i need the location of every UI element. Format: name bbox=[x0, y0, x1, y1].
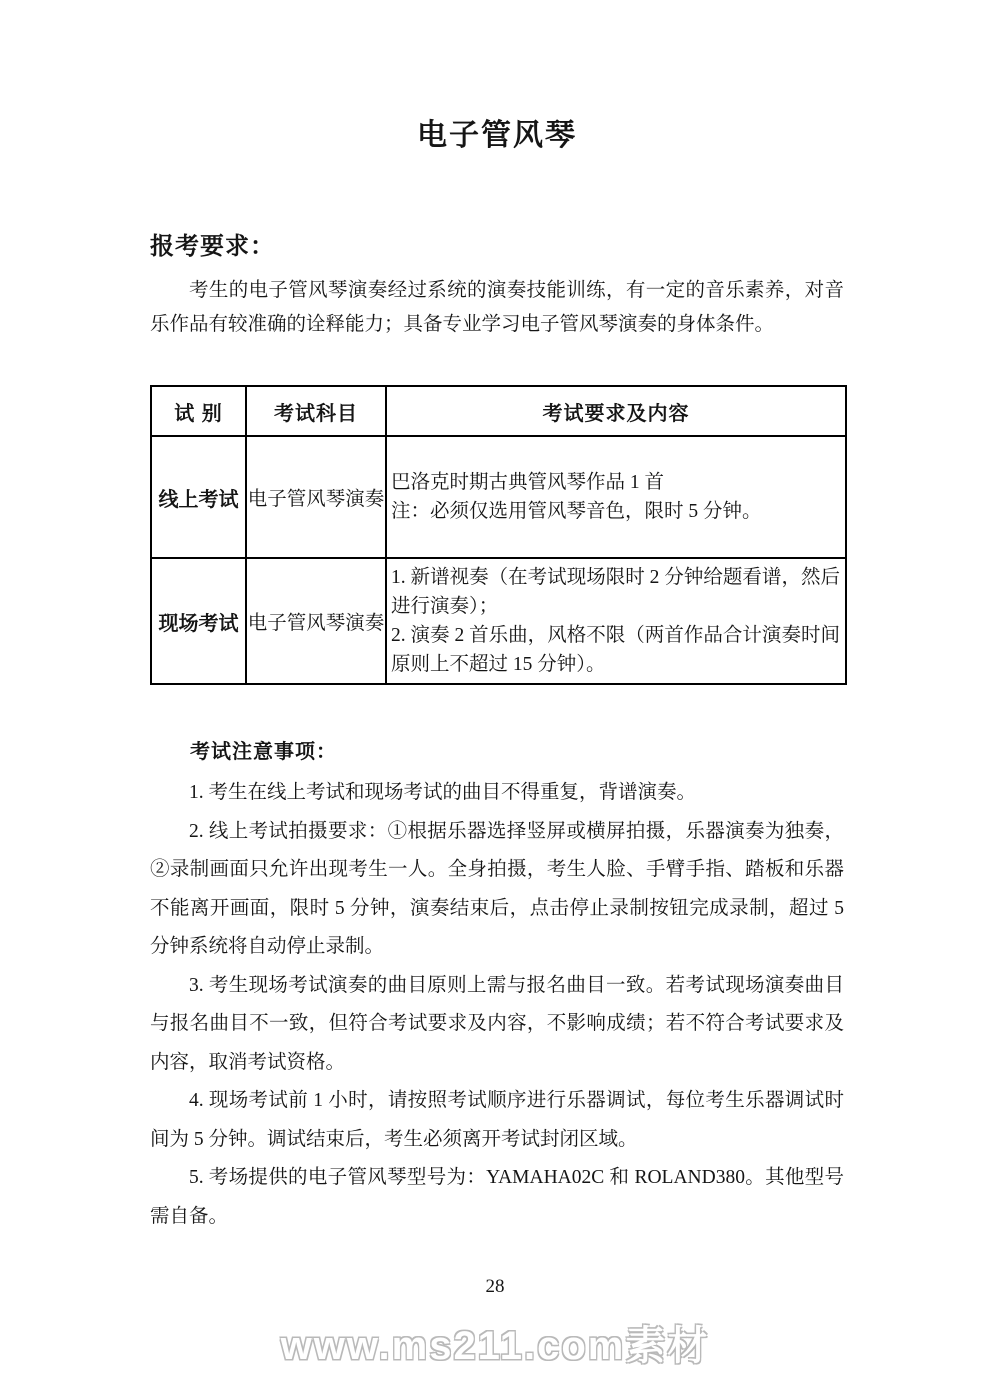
requirements-paragraph: 考生的电子管风琴演奏经过系统的演奏技能训练，有一定的音乐素养，对音乐作品有较准确… bbox=[150, 274, 844, 342]
exam-requirements-cell: 1. 新谱视奏（在考试现场限时 2 分钟给题看谱，然后进行演奏）； 2. 演奏 … bbox=[386, 558, 846, 684]
note-item-4: 4. 现场考试前 1 小时，请按照考试顺序进行乐器调试，每位考生乐器调试时间为 … bbox=[150, 1082, 844, 1159]
page-number: 28 bbox=[0, 1276, 990, 1298]
table-row-online-exam: 线上考试 电子管风琴演奏 巴洛克时期古典管风琴作品 1 首 注：必须仅选用管风琴… bbox=[151, 436, 846, 558]
page-title: 电子管风琴 bbox=[150, 0, 844, 154]
exam-subject-cell: 电子管风琴演奏 bbox=[246, 558, 386, 684]
document-page: 电子管风琴 报考要求： 考生的电子管风琴演奏经过系统的演奏技能训练，有一定的音乐… bbox=[0, 0, 990, 1399]
watermark-text: www.ms211.com素材 bbox=[0, 1314, 990, 1371]
requirement-line: 巴洛克时期古典管风琴作品 1 首 bbox=[391, 468, 840, 497]
exam-table: 试 别 考试科目 考试要求及内容 线上考试 电子管风琴演奏 巴洛克时期古典管风琴… bbox=[150, 385, 847, 685]
exam-table-header-row: 试 别 考试科目 考试要求及内容 bbox=[151, 386, 846, 436]
exam-table-header-subject: 考试科目 bbox=[246, 386, 386, 436]
exam-type-cell: 现场考试 bbox=[151, 558, 246, 684]
note-item-2: 2. 线上考试拍摄要求：①根据乐器选择竖屏或横屏拍摄，乐器演奏为独奏，②录制画面… bbox=[150, 813, 844, 967]
exam-table-header-requirements: 考试要求及内容 bbox=[386, 386, 846, 436]
requirement-line: 1. 新谱视奏（在考试现场限时 2 分钟给题看谱，然后进行演奏）； bbox=[391, 563, 840, 621]
requirement-line: 2. 演奏 2 首乐曲，风格不限（两首作品合计演奏时间原则上不超过 15 分钟）… bbox=[391, 621, 840, 679]
exam-notes-section: 考试注意事项： 1. 考生在线上考试和现场考试的曲目不得重复，背谱演奏。 2. … bbox=[150, 735, 844, 1236]
note-item-1: 1. 考生在线上考试和现场考试的曲目不得重复，背谱演奏。 bbox=[150, 774, 844, 813]
table-row-onsite-exam: 现场考试 电子管风琴演奏 1. 新谱视奏（在考试现场限时 2 分钟给题看谱，然后… bbox=[151, 558, 846, 684]
exam-subject-cell: 电子管风琴演奏 bbox=[246, 436, 386, 558]
notes-list: 1. 考生在线上考试和现场考试的曲目不得重复，背谱演奏。 2. 线上考试拍摄要求… bbox=[150, 774, 844, 1236]
note-item-5: 5. 考场提供的电子管风琴型号为：YAMAHA02C 和 ROLAND380。其… bbox=[150, 1159, 844, 1236]
requirement-line: 注：必须仅选用管风琴音色，限时 5 分钟。 bbox=[391, 497, 840, 526]
notes-heading: 考试注意事项： bbox=[190, 735, 844, 764]
requirements-heading: 报考要求： bbox=[150, 226, 844, 261]
exam-table-header-type: 试 别 bbox=[151, 386, 246, 436]
note-item-3: 3. 考生现场考试演奏的曲目原则上需与报名曲目一致。若考试现场演奏曲目与报名曲目… bbox=[150, 967, 844, 1083]
page-content: 电子管风琴 报考要求： 考生的电子管风琴演奏经过系统的演奏技能训练，有一定的音乐… bbox=[0, 0, 990, 1236]
exam-requirements-cell: 巴洛克时期古典管风琴作品 1 首 注：必须仅选用管风琴音色，限时 5 分钟。 bbox=[386, 436, 846, 558]
exam-type-cell: 线上考试 bbox=[151, 436, 246, 558]
